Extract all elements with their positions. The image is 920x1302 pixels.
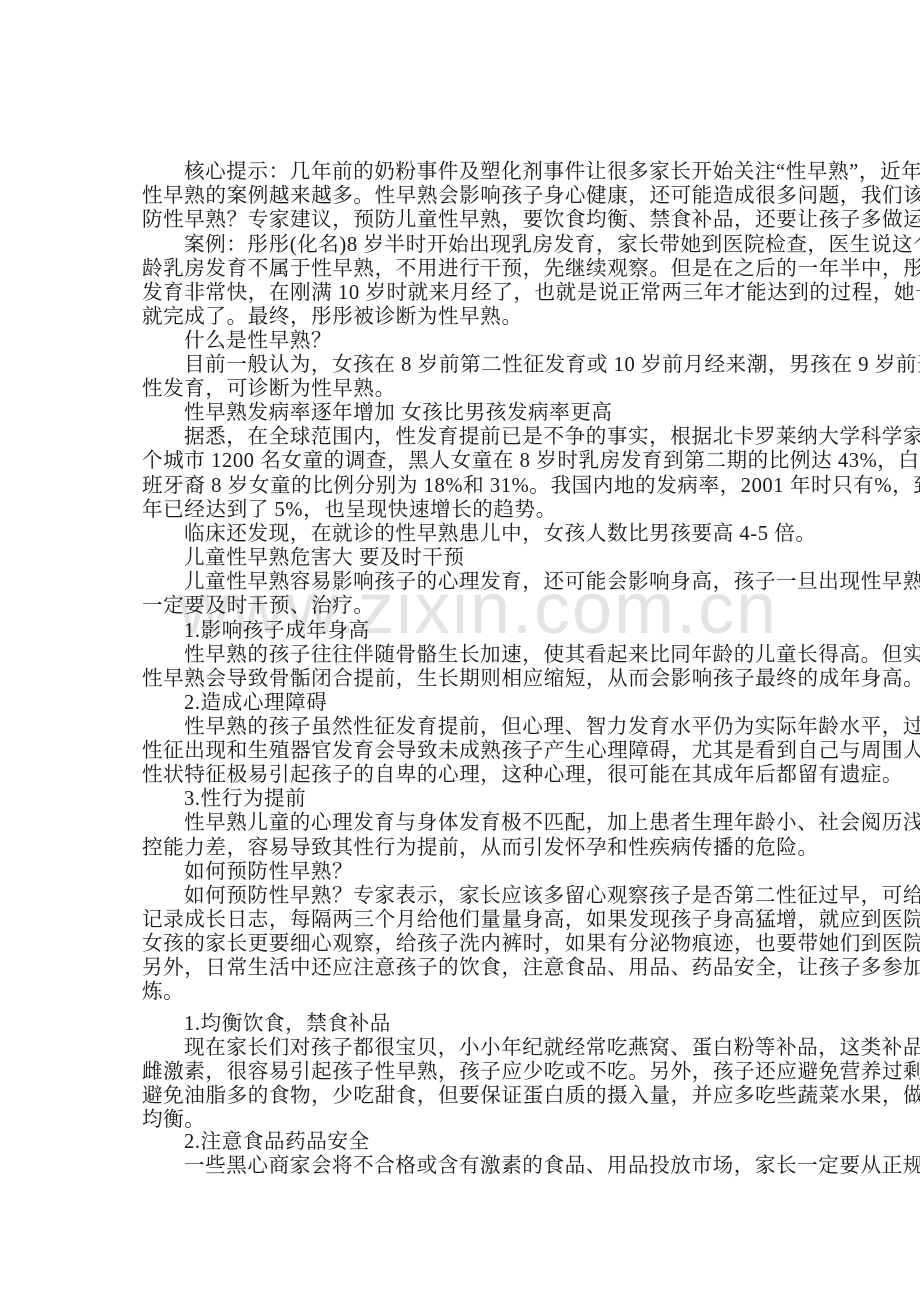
paragraph-line: 龄乳房发育不属于性早熟，不用进行干预，先继续观察。但是在之后的一年半中，彤彤身体: [142, 257, 782, 281]
paragraph-line: 现在家长们对孩子都很宝贝，小小年纪就经常吃燕窝、蛋白粉等补品，这类补品含有: [184, 1036, 782, 1060]
subsection-heading: 3.性行为提前: [184, 787, 782, 811]
paragraph-line: 性早熟儿童的心理发育与身体发育极不匹配，加上患者生理年龄小、社会阅历浅、自: [184, 811, 782, 835]
paragraph-line: 记录成长日志，每隔两三个月给他们量量身高，如果发现孩子身高猛增，就应到医院检查；: [142, 908, 782, 932]
document-page: www.zixin.com.cn 核心提示：几年前的奶粉事件及塑化剂事件让很多家…: [0, 0, 920, 1302]
article-body: 核心提示：几年前的奶粉事件及塑化剂事件让很多家长开始关注“性早熟”，近年来， 性…: [0, 0, 920, 1302]
paragraph-line: 据悉，在全球范围内，性发育提前已是不争的事实，根据北卡罗莱纳大学科学家对三: [184, 425, 782, 449]
paragraph-line: 性早熟会导致骨骺闭合提前，生长期则相应缩短，从而会影响孩子最终的成年身高。: [142, 667, 782, 691]
paragraph-line: 控能力差，容易导致其性行为提前，从而引发怀孕和性疾病传播的危险。: [142, 836, 782, 860]
paragraph-line: 临床还发现，在就诊的性早熟患儿中，女孩人数比男孩要高 4-5 倍。: [184, 522, 782, 546]
paragraph-line: 一定要及时干预、治疗。: [142, 594, 782, 618]
subsection-heading: 2.造成心理障碍: [184, 691, 782, 715]
paragraph-line: 性早熟的孩子虽然性征发育提前，但心理、智力发育水平仍为实际年龄水平，过早的: [184, 715, 782, 739]
paragraph-line: 目前一般认为，女孩在 8 岁前第二性征发育或 10 岁前月经来潮，男孩在 9 岁…: [184, 353, 782, 377]
paragraph-line: 女孩的家长更要细心观察，给孩子洗内裤时，如果有分泌物痕迹，也要带她们到医院检查。: [142, 932, 782, 956]
paragraph-line: 班牙裔 8 岁女童的比例分别为 18%和 31%。我国内地的发病率，2001 年…: [142, 474, 782, 498]
section-heading: 儿童性早熟危害大 要及时干预: [184, 546, 782, 570]
paragraph-line: 如何预防性早熟？专家表示，家长应该多留心观察孩子是否第二性征过早，可给孩子: [184, 884, 782, 908]
paragraph-line: 个城市 1200 名女童的调查，黑人女童在 8 岁时乳房发育到第二期的比例达 4…: [142, 449, 782, 473]
paragraph-line: 核心提示：几年前的奶粉事件及塑化剂事件让很多家长开始关注“性早熟”，近年来，: [184, 160, 782, 184]
paragraph-line: 炼。: [142, 980, 782, 1004]
paragraph-line: 性早熟的案例越来越多。性早熟会影响孩子身心健康，还可能造成很多问题，我们该如何预: [142, 184, 782, 208]
subsection-heading: 1.均衡饮食，禁食补品: [184, 1012, 782, 1036]
paragraph-line: 性早熟的孩子往往伴随骨骼生长加速，使其看起来比同年龄的儿童长得高。但实际上，: [184, 643, 782, 667]
section-heading: 什么是性早熟？: [184, 329, 782, 353]
paragraph-line: 性发育，可诊断为性早熟。: [142, 377, 782, 401]
paragraph-line: 年已经达到了 5%，也呈现快速增长的趋势。: [142, 498, 782, 522]
paragraph-line: 防性早熟？专家建议，预防儿童性早熟，要饮食均衡、禁食补品，还要让孩子多做运动。: [142, 208, 782, 232]
paragraph-line: 性征出现和生殖器官发育会导致未成熟孩子产生心理障碍，尤其是看到自己与周围人不同的: [142, 739, 782, 763]
subsection-heading: 1.影响孩子成年身高: [184, 619, 782, 643]
paragraph-line: 避免油脂多的食物，少吃甜食，但要保证蛋白质的摄入量，并应多吃些蔬菜水果，做到营养: [142, 1084, 782, 1108]
paragraph-line: 雌激素，很容易引起孩子性早熟，孩子应少吃或不吃。另外，孩子还应避免营养过剩，尤其: [142, 1060, 782, 1084]
subsection-heading: 2.注意食品药品安全: [184, 1130, 782, 1154]
paragraph-line: 一些黑心商家会将不合格或含有激素的食品、用品投放市场，家长一定要从正规渠道: [184, 1154, 782, 1178]
section-heading: 性早熟发病率逐年增加 女孩比男孩发病率更高: [184, 401, 782, 425]
paragraph-line: 性状特征极易引起孩子的自卑的心理，这种心理，很可能在其成年后都留有遗症。: [142, 763, 782, 787]
section-heading: 如何预防性早熟？: [184, 860, 782, 884]
paragraph-line: 案例：彤彤(化名)8 岁半时开始出现乳房发育，家长带她到医院检查，医生说这个年: [184, 233, 782, 257]
paragraph-line: 均衡。: [142, 1108, 782, 1132]
paragraph-line: 发育非常快，在刚满 10 岁时就来月经了，也就是说正常两三年才能达到的过程，她一…: [142, 281, 782, 305]
paragraph-line: 就完成了。最终，彤彤被诊断为性早熟。: [142, 305, 782, 329]
paragraph-line: 另外，日常生活中还应注意孩子的饮食，注意食品、用品、药品安全，让孩子多参加体育锻: [142, 956, 782, 980]
paragraph-line: 儿童性早熟容易影响孩子的心理发育，还可能会影响身高，孩子一旦出现性早熟症状，: [184, 570, 782, 594]
